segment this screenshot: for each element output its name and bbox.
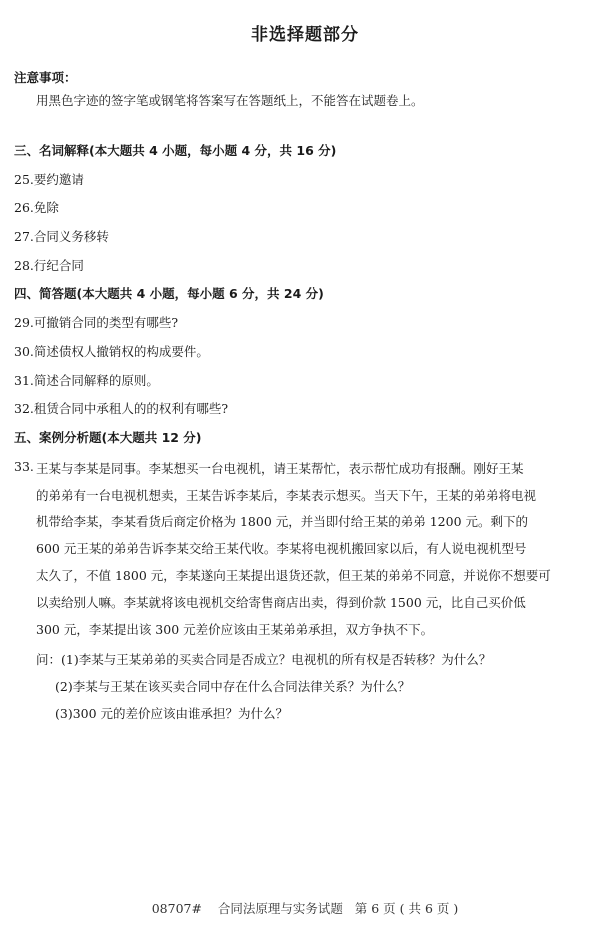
case-question-3: (3)300 元的差价应该由谁承担？为什么？	[55, 704, 288, 722]
question-28: 28.行纪合同	[14, 256, 84, 274]
case-line-5: 太久了，不值 1800 元，李某遂向王某提出退货还款，但王某的弟弟不同意，并说你…	[36, 566, 551, 584]
question-32: 32.租赁合同中承租人的的权利有哪些?	[14, 399, 228, 417]
notice-text: 用黑色字迹的签字笔或钢笔将答案写在答题纸上，不能答在试题卷上。	[36, 91, 424, 109]
question-30: 30.简述债权人撤销权的构成要件。	[14, 342, 209, 360]
question-29: 29.可撤销合同的类型有哪些?	[14, 313, 178, 331]
case-line-1: 王某与李某是同事。李某想买一台电视机，请王某帮忙，表示帮忙成功有报酬。刚好王某	[36, 459, 524, 477]
section-5-heading: 五、案例分析题(本大题共 12 分)	[14, 428, 202, 446]
case-line-4: 600 元王某的弟弟告诉李某交给王某代收。李某将电视机搬回家以后，有人说电视机型…	[36, 539, 526, 557]
page-title: 非选择题部分	[0, 20, 610, 45]
section-3-heading: 三、名词解释(本大题共 4 小题，每小题 4 分，共 16 分)	[14, 141, 336, 159]
case-line-6: 以卖给别人嘛。李某就将该电视机交给寄售商店出卖，得到价款 1500 元，比自己买…	[36, 593, 526, 611]
section-4-heading: 四、简答题(本大题共 4 小题，每小题 6 分，共 24 分)	[14, 284, 324, 302]
case-line-7: 300 元，李某提出该 300 元差价应该由王某弟弟承担，双方争执不下。	[36, 620, 433, 638]
page-footer: 08707# 合同法原理与实务试题 第 6 页 ( 共 6 页 )	[0, 899, 610, 917]
question-26: 26.免除	[14, 198, 59, 216]
case-line-2: 的弟弟有一台电视机想卖，王某告诉李某后，李某表示想买。当天下午，王某的弟弟将电视	[36, 486, 536, 504]
question-31: 31.简述合同解释的原则。	[14, 371, 159, 389]
notice-heading: 注意事项：	[14, 68, 77, 86]
question-25: 25.要约邀请	[14, 170, 84, 188]
case-line-3: 机带给李某，李某看货后商定价格为 1800 元，并当即付给王某的弟弟 1200 …	[36, 512, 528, 530]
case-question-1: 问：(1)李某与王某弟弟的买卖合同是否成立？电视机的所有权是否转移？为什么？	[36, 650, 491, 668]
question-33-number: 33.	[14, 459, 34, 474]
question-27: 27.合同义务移转	[14, 227, 109, 245]
case-question-2: (2)李某与王某在该买卖合同中存在什么合同法律关系？为什么？	[55, 677, 410, 695]
